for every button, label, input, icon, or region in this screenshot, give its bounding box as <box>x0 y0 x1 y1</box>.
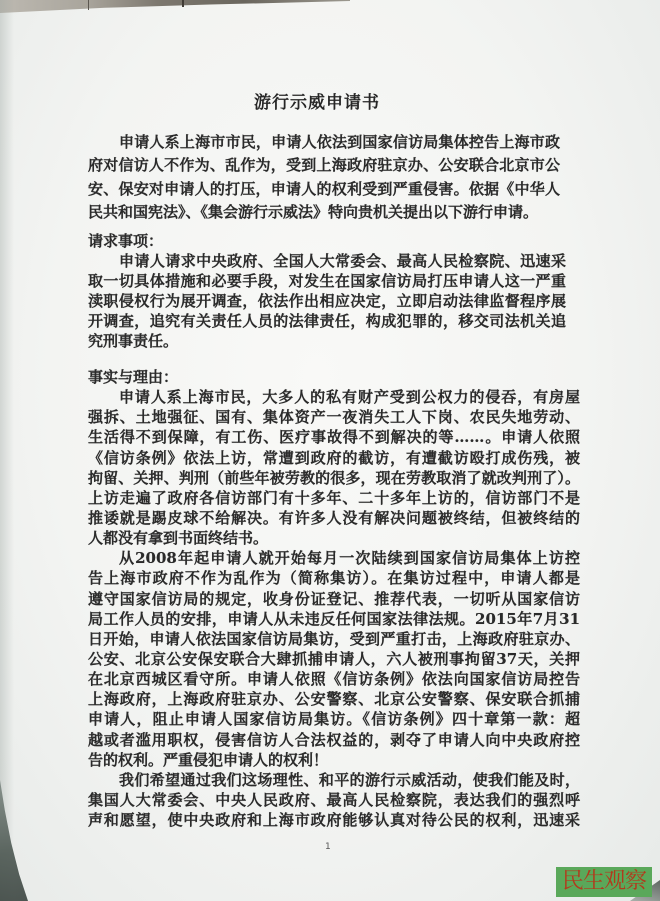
text-line: 日开始，申请人依法国家信访局集访，受到严重打击，上海政府驻京办、 <box>88 629 580 649</box>
text-line: 拘留、关押、判刑（前些年被劳教的很多，现在劳教取消了就改判刑了）。 <box>88 468 580 488</box>
background-edge-top-mark <box>182 0 184 7</box>
text-line: 人都没有拿到书面终结书。 <box>88 528 580 548</box>
text-line: 推诿就是踢皮球不给解决。有许多人没有解决问题被终结，但被终结的 <box>88 508 580 528</box>
facts-paragraph-1: 申请人系上海市民，大多人的私有财产受到公权力的侵吞，有房屋 强拆、土地强征、国有… <box>88 387 580 548</box>
text-line: 告上海市政府不作为乱作为（简称集访）。在集访过程中，申请人都是 <box>88 568 580 588</box>
text-line: 《信访条例》依法上访，常遭到政府的截访，有遭截访殴打成伤残，被 <box>88 448 580 468</box>
text-line: 民共和国宪法》、《集会游行示威法》特向贵机关提出以下游行申请。 <box>88 201 560 224</box>
text-line: 究刑事责任。 <box>88 331 566 351</box>
background-edge-top-mark <box>88 0 89 10</box>
text-line: 集国人大常委会、中央人民政府、最高人民检察院，表达我们的强烈呼 <box>88 790 580 810</box>
text-line: 局工作人员的安排，申请人从未违反任何国家法律法规。2015年7月31 <box>88 609 580 629</box>
text-line: 取一切具体措施和必要手段，对发生在国家信访局打压申请人这一严重 <box>88 271 566 291</box>
text-line: 遵守国家信访局的规定，收身份证登记、推荐代表，一切听从国家信访 <box>88 589 580 609</box>
text-line: 公安、北京公安保安联合大肆抓捕申请人，六人被刑事拘留37天，关押 <box>88 649 580 669</box>
text-line: 渎职侵权行为展开调查，依法作出相应决定，立即启动法律监督程序展 <box>88 291 566 311</box>
paper-left-shade <box>0 0 14 901</box>
section-heading-facts: 事实与理由： <box>88 367 580 387</box>
facts-section: 事实与理由： 申请人系上海市民，大多人的私有财产受到公权力的侵吞，有房屋 强拆、… <box>88 367 580 830</box>
text-line: 越或者滥用职权，侵害信访人合法权益的，剥夺了申请人向中央政府控 <box>88 730 580 750</box>
section-heading-requests: 请求事项： <box>88 231 566 251</box>
intro-paragraph: 申请人系上海市市民，申请人依法到国家信访局集体控告上海市政 府对信访人不作为、乱… <box>88 131 560 224</box>
text-line: 申请人，阻止申请人国家信访局集访。《信访条例》四十章第一款：超 <box>88 709 580 729</box>
facts-paragraph-2: 从2008年起申请人就开始每月一次陆续到国家信访局集体上访控 告上海市政府不作为… <box>88 548 580 770</box>
page-number: 1 <box>325 842 331 852</box>
text-line: 申请人请求中央政府、全国人大常委会、最高人民检察院、迅速采 <box>88 251 566 271</box>
text-line: 申请人系上海市市民，申请人依法到国家信访局集体控告上海市政 <box>88 131 560 154</box>
text-line: 告的权利。严重侵犯申请人的权利！ <box>88 750 580 770</box>
requests-section: 请求事项： 申请人请求中央政府、全国人大常委会、最高人民检察院、迅速采 取一切具… <box>88 231 566 351</box>
document-title: 游行示威申请书 <box>0 92 634 114</box>
text-line: 声和愿望，使中央政府和上海市政府能够认真对待公民的权利，迅速采 <box>88 810 580 830</box>
text-line: 上海政府，上海政府驻京办、公安警察、北京公安警察、保安联合抓捕 <box>88 689 580 709</box>
text-line: 申请人系上海市民，大多人的私有财产受到公权力的侵吞，有房屋 <box>88 387 580 407</box>
text-line: 安、保安对申请人的打压，申请人的权利受到严重侵害。依据《中华人 <box>88 178 560 201</box>
text-line: 上访走遍了政府各信访部门有十多年、二十多年上访的，信访部门不是 <box>88 488 580 508</box>
facts-paragraph-3: 我们希望通过我们这场理性、和平的游行示威活动，使我们能及时， 集国人大常委会、中… <box>88 770 580 830</box>
text-line: 府对信访人不作为、乱作为，受到上海政府驻京办、公安联合北京市公 <box>88 154 560 177</box>
watermark-badge: 民生观察 <box>556 867 652 897</box>
text-line: 从2008年起申请人就开始每月一次陆续到国家信访局集体上访控 <box>88 548 580 568</box>
background-edge-top <box>0 0 350 13</box>
text-line: 强拆、土地强征、国有、集体资产一夜消失工人下岗、农民失地劳动、 <box>88 407 580 427</box>
text-line: 在北京西城区看守所。申请人依照《信访条例》依法向国家信访局控告 <box>88 669 580 689</box>
text-line: 开调查，追究有关责任人员的法律责任，构成犯罪的，移交司法机关追 <box>88 311 566 331</box>
text-line: 生活得不到保障，有工伤、医疗事故得不到解决的等……。申请人依照 <box>88 427 580 447</box>
text-line: 我们希望通过我们这场理性、和平的游行示威活动，使我们能及时， <box>88 770 580 790</box>
